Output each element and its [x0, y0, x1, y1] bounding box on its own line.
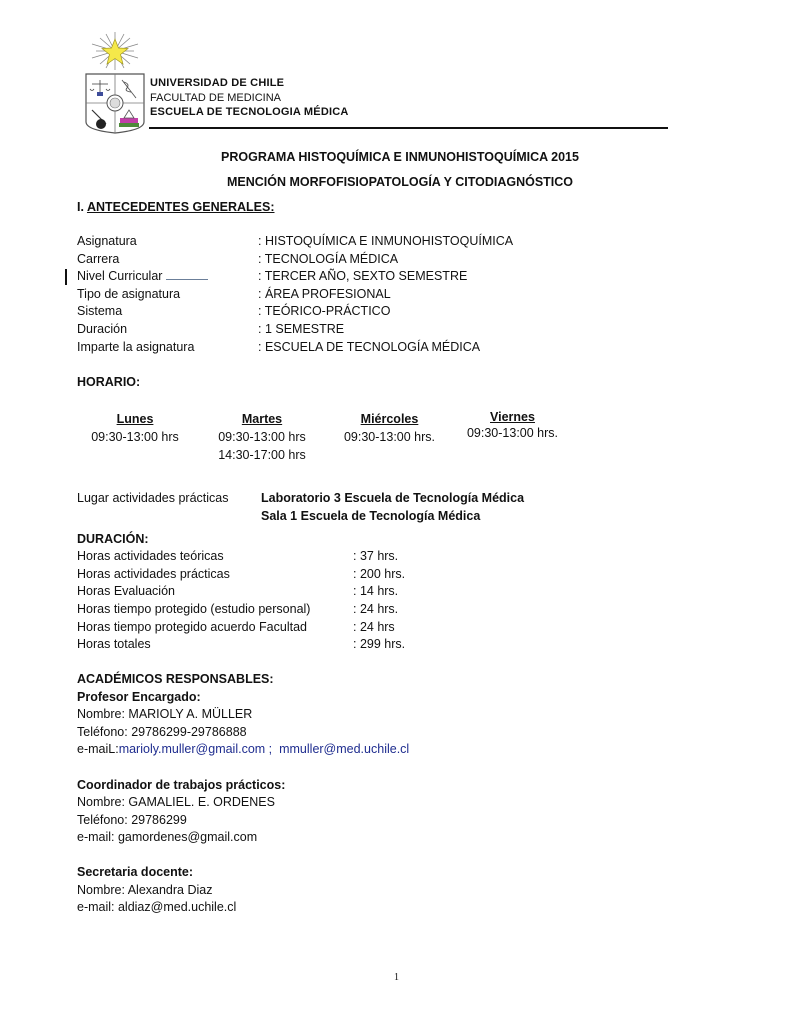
secretary-name: Nombre: Alexandra Diaz	[77, 883, 212, 897]
general-label: Imparte la asignatura	[77, 340, 194, 354]
duration-value: : 24 hrs.	[353, 602, 398, 616]
email-link-gmail[interactable]: marioly.muller@gmail.com	[119, 742, 266, 756]
general-value: : ESCUELA DE TECNOLOGÍA MÉDICA	[258, 340, 480, 354]
day-name: Martes	[207, 412, 317, 426]
professor-email-row: e-maiL:marioly.muller@gmail.com ; mmulle…	[77, 742, 409, 756]
day-time: 09:30-13:00 hrs.	[332, 428, 447, 446]
school-name: ESCUELA DE TECNOLOGIA MÉDICA	[150, 105, 349, 120]
day-name: Lunes	[80, 412, 190, 426]
institution-block: UNIVERSIDAD DE CHILE FACULTAD DE MEDICIN…	[150, 76, 349, 120]
schedule-day-lunes: Lunes 09:30-13:00 hrs	[80, 412, 190, 446]
email-label: e-maiL:	[77, 742, 119, 756]
duration-label: Horas Evaluación	[77, 584, 175, 598]
duration-value: : 299 hrs.	[353, 637, 405, 651]
duration-value: : 200 hrs.	[353, 567, 405, 581]
general-label: Carrera	[77, 252, 119, 266]
day-time: 09:30-13:00 hrs.	[455, 424, 570, 442]
practice-location-label: Lugar actividades prácticas	[77, 491, 228, 505]
coordinator-email: e-mail: gamordenes@gmail.com	[77, 830, 257, 844]
email-link-uchile[interactable]: mmuller@med.uchile.cl	[279, 742, 409, 756]
general-heading: I. ANTECEDENTES GENERALES:	[77, 200, 275, 214]
university-crest-icon	[82, 30, 148, 134]
general-label: Duración	[77, 322, 127, 336]
academics-heading: ACADÉMICOS RESPONSABLES:	[77, 672, 274, 686]
professor-name: Nombre: MARIOLY A. MÜLLER	[77, 707, 252, 721]
general-value: : HISTOQUÍMICA E INMUNOHISTOQUÍMICA	[258, 234, 513, 248]
general-label: Asignatura	[77, 234, 137, 248]
schedule-day-viernes: Viernes 09:30-13:00 hrs.	[455, 410, 570, 442]
coordinator-role: Coordinador de trabajos prácticos:	[77, 778, 285, 792]
program-title: PROGRAMA HISTOQUÍMICA E INMUNOHISTOQUÍMI…	[0, 150, 800, 164]
general-label: Tipo de asignatura	[77, 287, 180, 301]
coordinator-name: Nombre: GAMALIEL. E. ORDENES	[77, 795, 275, 809]
professor-phone: Teléfono: 29786299-29786888	[77, 725, 247, 739]
page-number: 1	[394, 972, 399, 983]
duration-label: Horas actividades teóricas	[77, 549, 224, 563]
day-name: Miércoles	[332, 412, 447, 426]
mention-title: MENCIÓN MORFOFISIOPATOLOGÍA Y CITODIAGNÓ…	[0, 175, 800, 189]
schedule-day-martes: Martes 09:30-13:00 hrs 14:30-17:00 hrs	[207, 412, 317, 464]
secretary-role: Secretaria docente:	[77, 865, 193, 879]
general-label: Sistema	[77, 304, 122, 318]
blank-underline	[166, 279, 208, 280]
general-label-wrap: Nivel Curricular	[77, 269, 208, 283]
day-time: 09:30-13:00 hrs	[80, 428, 190, 446]
general-value: : TECNOLOGÍA MÉDICA	[258, 252, 398, 266]
general-value: : TERCER AÑO, SEXTO SEMESTRE	[258, 269, 467, 283]
duration-label: Horas tiempo protegido (estudio personal…	[77, 602, 310, 616]
day-time: 09:30-13:00 hrs	[207, 428, 317, 446]
schedule-day-miercoles: Miércoles 09:30-13:00 hrs.	[332, 412, 447, 446]
day-time: 14:30-17:00 hrs	[207, 446, 317, 464]
duration-heading: DURACIÓN:	[77, 532, 149, 546]
general-value: : ÁREA PROFESIONAL	[258, 287, 391, 301]
header-divider	[149, 127, 668, 129]
coordinator-phone: Teléfono: 29786299	[77, 813, 187, 827]
general-label: Nivel Curricular	[77, 269, 162, 283]
duration-label: Horas totales	[77, 637, 151, 651]
practice-location-value: Sala 1 Escuela de Tecnología Médica	[261, 509, 480, 523]
professor-role: Profesor Encargado:	[77, 690, 201, 704]
university-name: UNIVERSIDAD DE CHILE	[150, 76, 349, 91]
duration-label: Horas tiempo protegido acuerdo Facultad	[77, 620, 307, 634]
day-name: Viernes	[455, 410, 570, 424]
duration-value: : 14 hrs.	[353, 584, 398, 598]
faculty-name: FACULTAD DE MEDICINA	[150, 91, 349, 106]
general-value: : TEÓRICO-PRÁCTICO	[258, 304, 390, 318]
text-cursor	[65, 269, 67, 285]
general-value: : 1 SEMESTRE	[258, 322, 344, 336]
practice-location-value: Laboratorio 3 Escuela de Tecnología Médi…	[261, 491, 524, 505]
duration-label: Horas actividades prácticas	[77, 567, 230, 581]
duration-value: : 37 hrs.	[353, 549, 398, 563]
email-separator: ;	[265, 742, 279, 756]
schedule-heading: HORARIO:	[77, 375, 140, 389]
secretary-email: e-mail: aldiaz@med.uchile.cl	[77, 900, 236, 914]
duration-value: : 24 hrs	[353, 620, 395, 634]
